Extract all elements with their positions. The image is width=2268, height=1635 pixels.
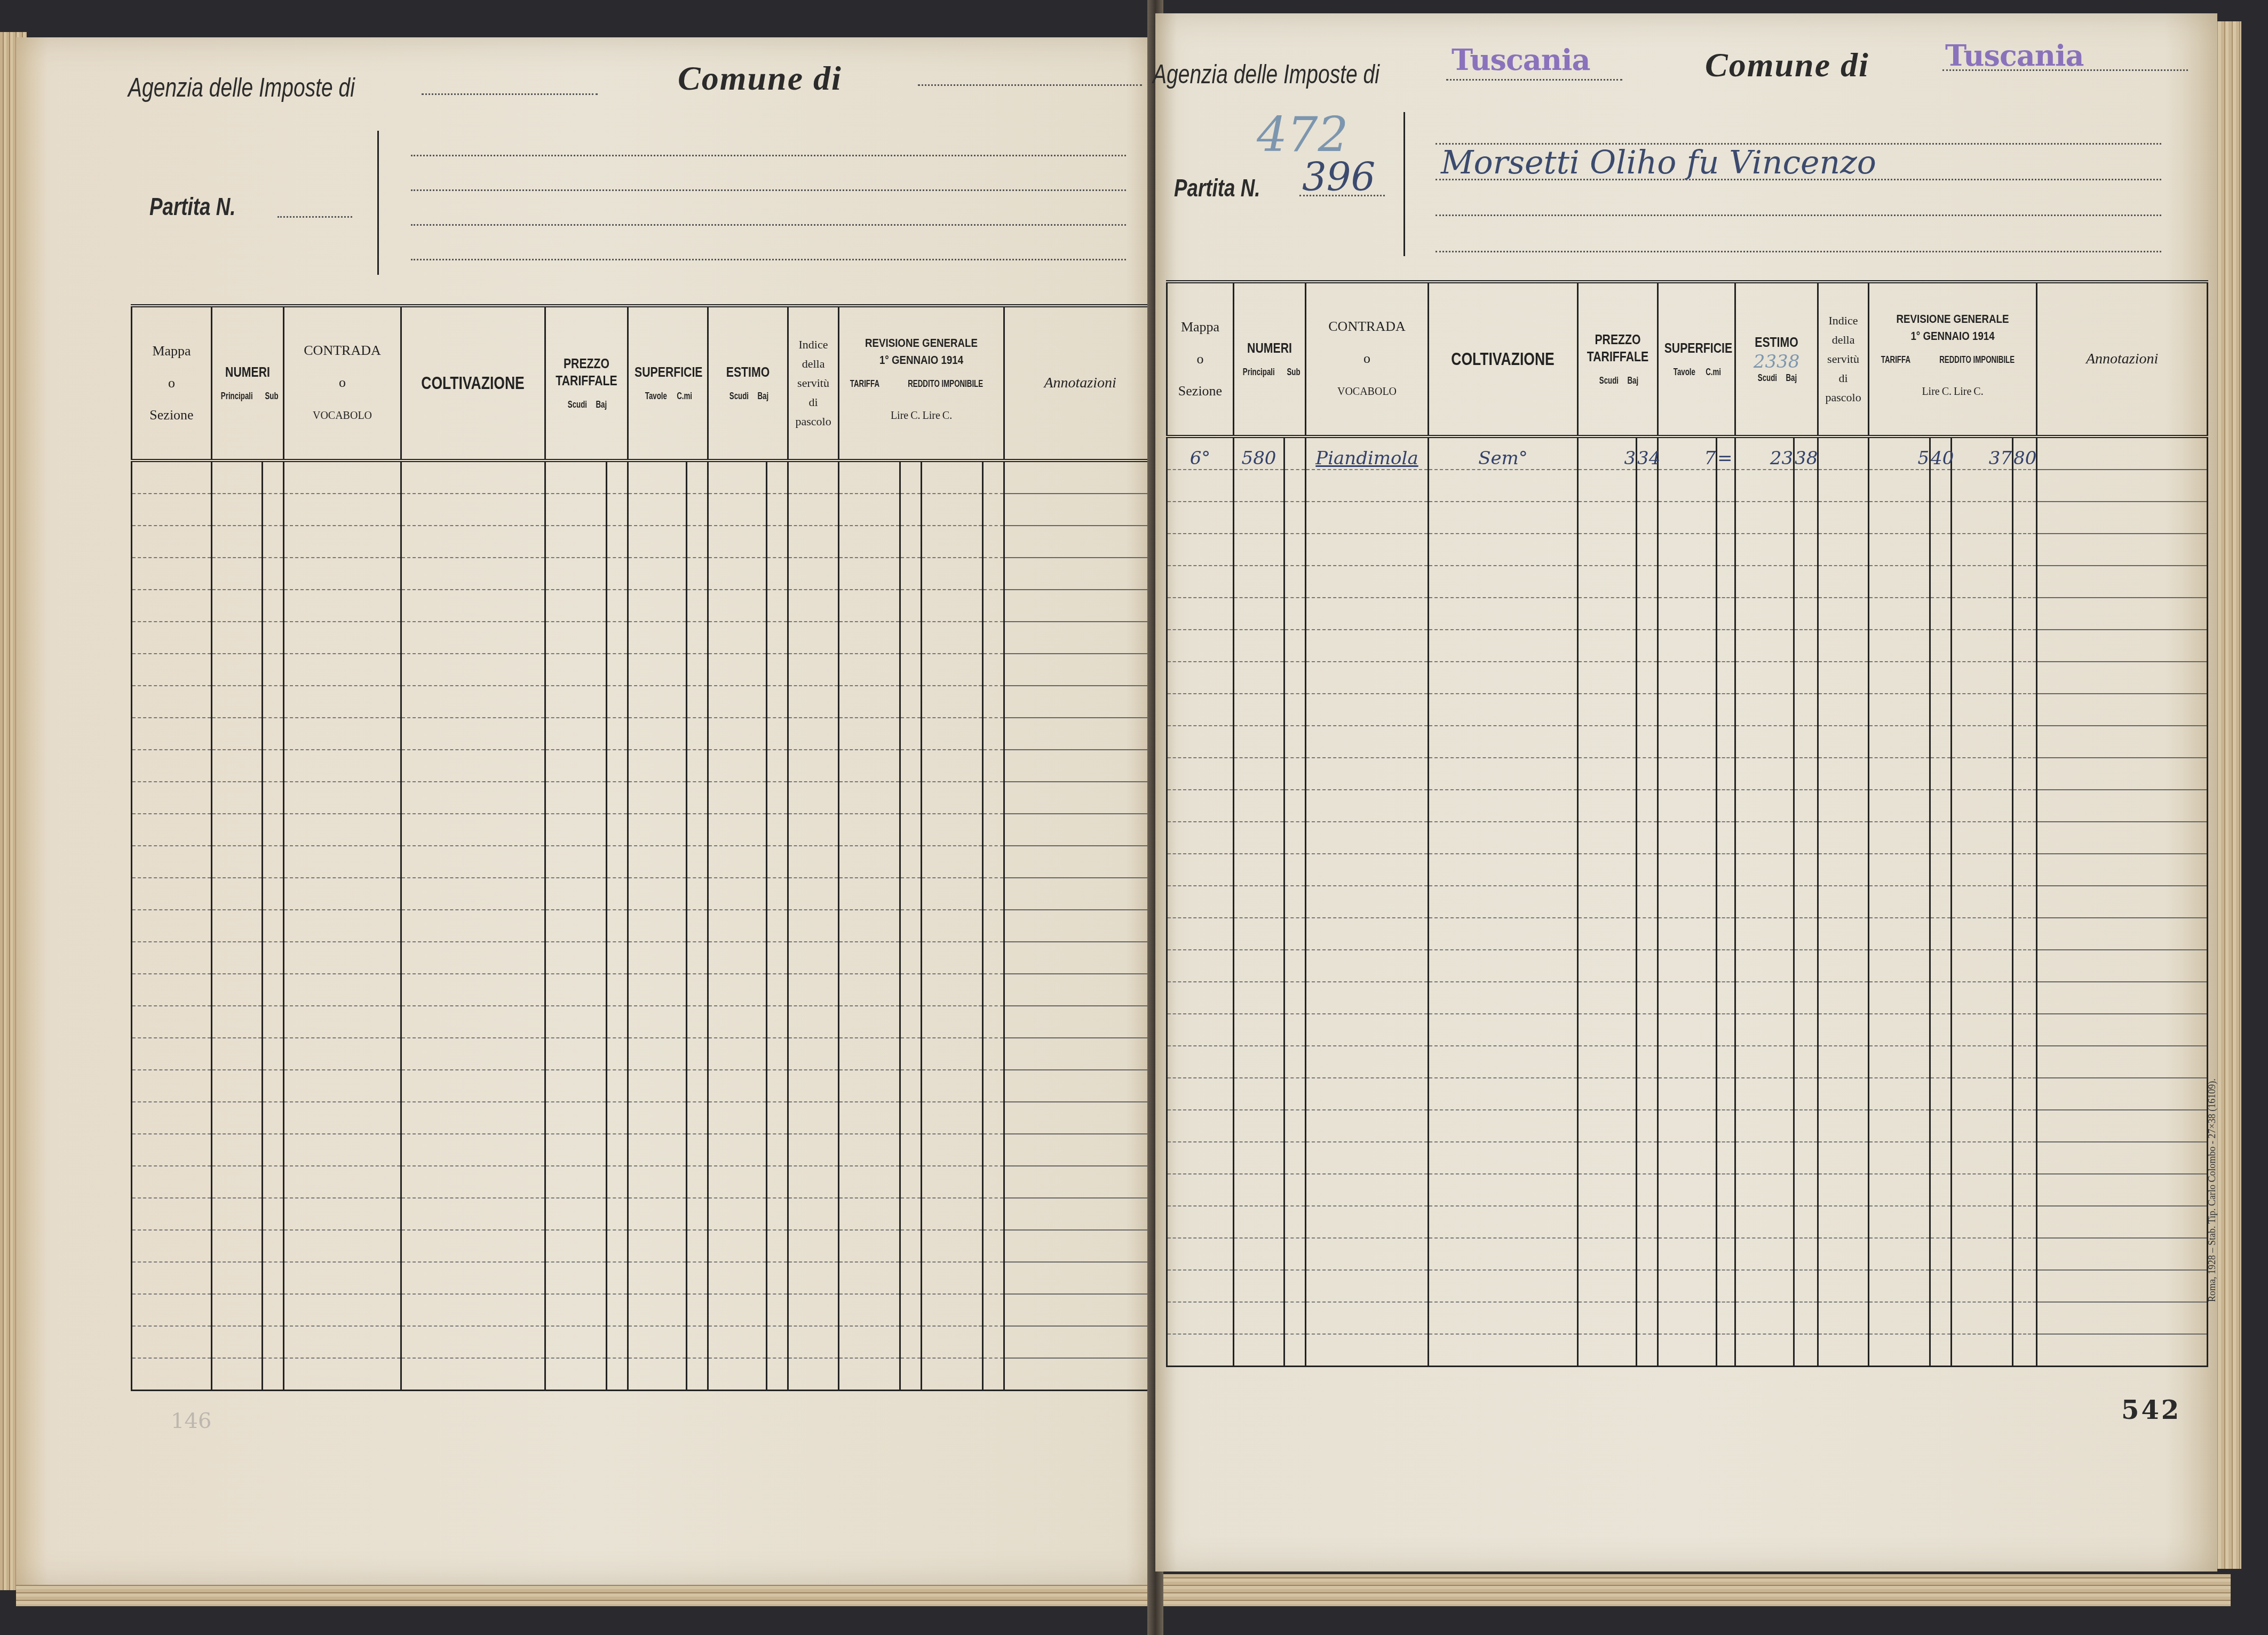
- cell-sub[interactable]: [263, 1070, 284, 1102]
- cell-estimo-baj[interactable]: [767, 1262, 788, 1294]
- cell-estimo-baj[interactable]: [767, 1326, 788, 1358]
- cell-principali[interactable]: [1234, 1046, 1284, 1078]
- cell-mappa[interactable]: [1167, 918, 1234, 950]
- cell-principali[interactable]: [212, 622, 263, 654]
- cell-estimo-scudi[interactable]: [708, 1038, 767, 1070]
- cell-prezzo-baj[interactable]: [1637, 1174, 1658, 1206]
- cell-cmi[interactable]: [687, 1262, 708, 1294]
- cell-tavole[interactable]: [1658, 1046, 1717, 1078]
- cell-tariffa-c[interactable]: [900, 750, 922, 782]
- cell-contrada[interactable]: [284, 974, 401, 1006]
- cell-cmi[interactable]: [687, 1358, 708, 1391]
- cell-tariffa-lire[interactable]: [839, 622, 900, 654]
- cell-coltivazione[interactable]: [401, 782, 545, 814]
- cell-cmi[interactable]: [687, 878, 708, 910]
- cell-principali[interactable]: [1234, 1270, 1284, 1302]
- cell-reddito-c[interactable]: [983, 750, 1004, 782]
- cell-principali[interactable]: [212, 1102, 263, 1134]
- cell-cmi[interactable]: [687, 1326, 708, 1358]
- cell-mappa[interactable]: [1167, 982, 1234, 1014]
- cell-coltivazione[interactable]: [1429, 1014, 1578, 1046]
- cell-estimo-scudi[interactable]: [1735, 534, 1794, 566]
- cell-tavole[interactable]: [1658, 534, 1717, 566]
- cell-prezzo-baj[interactable]: [1637, 822, 1658, 854]
- cell-prezzo-scudi[interactable]: [545, 878, 607, 910]
- cell-tariffa-c[interactable]: [1930, 1014, 1952, 1046]
- cell-reddito-lire[interactable]: [1952, 502, 2013, 534]
- cell-annotazioni[interactable]: [1004, 1262, 1156, 1294]
- cell-tavole[interactable]: [628, 1166, 687, 1198]
- cell-principali[interactable]: [1234, 1334, 1284, 1367]
- cell-tariffa-lire[interactable]: [1869, 854, 1930, 886]
- cell-annotazioni[interactable]: [2037, 1302, 2208, 1334]
- cell-sub[interactable]: [1284, 950, 1306, 982]
- cell-cmi[interactable]: [1717, 566, 1735, 598]
- cell-principali[interactable]: [1234, 566, 1284, 598]
- cell-coltivazione[interactable]: [1429, 1046, 1578, 1078]
- cell-estimo-scudi[interactable]: [1735, 1014, 1794, 1046]
- cell-tariffa-lire[interactable]: [839, 1166, 900, 1198]
- cell-coltivazione[interactable]: [1429, 1110, 1578, 1142]
- cell-tariffa-c[interactable]: [1930, 598, 1952, 630]
- cell-reddito-lire[interactable]: [922, 1166, 983, 1198]
- cell-prezzo-baj[interactable]: [1637, 1334, 1658, 1367]
- cell-tariffa-c[interactable]: [1930, 1302, 1952, 1334]
- cell-tariffa-lire[interactable]: [1869, 758, 1930, 790]
- cell-principali[interactable]: [1234, 1142, 1284, 1174]
- cell-prezzo-baj[interactable]: [607, 1006, 628, 1038]
- cell-sub[interactable]: [1284, 566, 1306, 598]
- cell-reddito-lire[interactable]: [922, 1326, 983, 1358]
- cell-tariffa-c[interactable]: [900, 1070, 922, 1102]
- cell-tavole[interactable]: [628, 814, 687, 846]
- cell-annotazioni[interactable]: [1004, 1006, 1156, 1038]
- cell-prezzo-scudi[interactable]: [545, 590, 607, 622]
- cell-estimo-scudi[interactable]: [708, 782, 767, 814]
- cell-annotazioni[interactable]: [2037, 436, 2208, 470]
- cell-prezzo-baj[interactable]: [607, 1358, 628, 1391]
- cell-estimo-scudi[interactable]: [1735, 982, 1794, 1014]
- cell-principali[interactable]: [212, 461, 263, 494]
- cell-coltivazione[interactable]: [1429, 886, 1578, 918]
- cell-sub[interactable]: [263, 526, 284, 558]
- cell-estimo-baj[interactable]: [767, 526, 788, 558]
- cell-contrada[interactable]: [1306, 1238, 1429, 1270]
- cell-cmi[interactable]: [687, 1134, 708, 1166]
- cell-tariffa-c[interactable]: [900, 622, 922, 654]
- cell-indice[interactable]: [788, 654, 839, 686]
- cell-reddito-c[interactable]: [983, 1070, 1004, 1102]
- cell-sub[interactable]: [263, 494, 284, 526]
- cell-prezzo-scudi[interactable]: [545, 494, 607, 526]
- cell-prezzo-scudi[interactable]: [1578, 822, 1637, 854]
- cell-contrada[interactable]: [1306, 1334, 1429, 1367]
- cell-mappa[interactable]: [132, 461, 212, 494]
- cell-annotazioni[interactable]: [1004, 878, 1156, 910]
- cell-tariffa-lire[interactable]: [1869, 982, 1930, 1014]
- cell-tavole[interactable]: [628, 910, 687, 942]
- cell-mappa[interactable]: [132, 1102, 212, 1134]
- cell-tariffa-lire[interactable]: [1869, 1334, 1930, 1367]
- cell-tavole[interactable]: [1658, 630, 1717, 662]
- cell-contrada[interactable]: [284, 1134, 401, 1166]
- cell-sub[interactable]: [263, 1134, 284, 1166]
- cell-estimo-baj[interactable]: [767, 1070, 788, 1102]
- cell-prezzo-scudi[interactable]: [545, 654, 607, 686]
- cell-principali[interactable]: [1234, 886, 1284, 918]
- cell-contrada[interactable]: [1306, 758, 1429, 790]
- cell-tariffa-c[interactable]: [1930, 502, 1952, 534]
- cell-estimo-scudi[interactable]: [708, 686, 767, 718]
- cell-estimo-baj[interactable]: [767, 494, 788, 526]
- cell-contrada[interactable]: [284, 782, 401, 814]
- cell-prezzo-scudi[interactable]: [1578, 982, 1637, 1014]
- cell-annotazioni[interactable]: [1004, 1070, 1156, 1102]
- cell-tariffa-lire[interactable]: [1869, 598, 1930, 630]
- cell-coltivazione[interactable]: [1429, 1334, 1578, 1367]
- cell-mappa[interactable]: [1167, 470, 1234, 502]
- cell-sub[interactable]: [263, 878, 284, 910]
- cell-sub[interactable]: [1284, 436, 1306, 470]
- cell-annotazioni[interactable]: [2037, 630, 2208, 662]
- cell-coltivazione[interactable]: [1429, 790, 1578, 822]
- cell-contrada[interactable]: [284, 622, 401, 654]
- cell-annotazioni[interactable]: [2037, 1238, 2208, 1270]
- cell-mappa[interactable]: [132, 526, 212, 558]
- cell-cmi[interactable]: [1717, 950, 1735, 982]
- left-owner-line-3[interactable]: [411, 224, 1126, 226]
- cell-estimo-baj[interactable]: [767, 1102, 788, 1134]
- cell-estimo-baj[interactable]: [1794, 1206, 1818, 1238]
- cell-sub[interactable]: [263, 1294, 284, 1326]
- cell-annotazioni[interactable]: [1004, 494, 1156, 526]
- cell-mappa[interactable]: [1167, 502, 1234, 534]
- cell-estimo-baj[interactable]: [1794, 1078, 1818, 1110]
- cell-mappa[interactable]: [1167, 758, 1234, 790]
- cell-principali[interactable]: [1234, 758, 1284, 790]
- cell-cmi[interactable]: [687, 910, 708, 942]
- cell-estimo-baj[interactable]: [767, 718, 788, 750]
- cell-contrada[interactable]: [284, 1198, 401, 1230]
- cell-mappa[interactable]: [1167, 1270, 1234, 1302]
- cell-principali[interactable]: [1234, 470, 1284, 502]
- cell-principali[interactable]: [212, 686, 263, 718]
- cell-mappa[interactable]: [1167, 1142, 1234, 1174]
- cell-prezzo-baj[interactable]: [1637, 1078, 1658, 1110]
- cell-contrada[interactable]: [1306, 470, 1429, 502]
- cell-cmi[interactable]: [687, 1198, 708, 1230]
- cell-contrada[interactable]: [284, 1262, 401, 1294]
- cell-prezzo-scudi[interactable]: [1578, 854, 1637, 886]
- cell-contrada[interactable]: [1306, 1046, 1429, 1078]
- cell-estimo-scudi[interactable]: [1735, 598, 1794, 630]
- cell-reddito-c[interactable]: [2013, 1238, 2037, 1270]
- cell-estimo-scudi[interactable]: [708, 654, 767, 686]
- cell-estimo-scudi[interactable]: [708, 846, 767, 878]
- cell-tavole[interactable]: [628, 1326, 687, 1358]
- cell-sub[interactable]: [1284, 1334, 1306, 1367]
- cell-coltivazione[interactable]: [1429, 662, 1578, 694]
- cell-indice[interactable]: [788, 942, 839, 974]
- cell-prezzo-scudi[interactable]: [545, 1006, 607, 1038]
- cell-indice[interactable]: [788, 910, 839, 942]
- cell-annotazioni[interactable]: [2037, 1206, 2208, 1238]
- cell-reddito-c[interactable]: [983, 590, 1004, 622]
- cell-cmi[interactable]: [1717, 758, 1735, 790]
- cell-tariffa-c[interactable]: [1930, 694, 1952, 726]
- cell-tariffa-lire[interactable]: [1869, 918, 1930, 950]
- cell-contrada[interactable]: [1306, 630, 1429, 662]
- cell-prezzo-scudi[interactable]: [1578, 726, 1637, 758]
- cell-coltivazione[interactable]: [1429, 822, 1578, 854]
- cell-annotazioni[interactable]: [1004, 686, 1156, 718]
- cell-annotazioni[interactable]: [1004, 1166, 1156, 1198]
- cell-prezzo-scudi[interactable]: [1578, 886, 1637, 918]
- cell-tariffa-c[interactable]: [900, 526, 922, 558]
- cell-tariffa-c[interactable]: [1930, 1142, 1952, 1174]
- cell-prezzo-baj[interactable]: [1637, 758, 1658, 790]
- cell-indice[interactable]: [1818, 758, 1869, 790]
- cell-mappa[interactable]: [1167, 726, 1234, 758]
- cell-tavole[interactable]: [628, 878, 687, 910]
- cell-indice[interactable]: [1818, 918, 1869, 950]
- cell-annotazioni[interactable]: [2037, 1270, 2208, 1302]
- cell-prezzo-scudi[interactable]: [545, 1134, 607, 1166]
- cell-principali[interactable]: [212, 1326, 263, 1358]
- cell-tariffa-c[interactable]: [900, 782, 922, 814]
- cell-coltivazione[interactable]: [401, 846, 545, 878]
- cell-tavole[interactable]: [628, 1198, 687, 1230]
- cell-mappa[interactable]: [132, 974, 212, 1006]
- cell-tavole[interactable]: [1658, 758, 1717, 790]
- cell-principali[interactable]: [1234, 662, 1284, 694]
- cell-annotazioni[interactable]: [1004, 461, 1156, 494]
- cell-tariffa-lire[interactable]: [839, 526, 900, 558]
- cell-tariffa-c[interactable]: [900, 942, 922, 974]
- cell-tariffa-c[interactable]: [1930, 566, 1952, 598]
- cell-annotazioni[interactable]: [2037, 1334, 2208, 1367]
- cell-mappa[interactable]: [132, 814, 212, 846]
- cell-cmi[interactable]: [687, 1230, 708, 1262]
- cell-contrada[interactable]: [1306, 694, 1429, 726]
- cell-reddito-lire[interactable]: [922, 718, 983, 750]
- cell-tavole[interactable]: [628, 1134, 687, 1166]
- cell-estimo-baj[interactable]: [767, 1006, 788, 1038]
- cell-estimo-scudi[interactable]: [1735, 470, 1794, 502]
- cell-principali[interactable]: [1234, 790, 1284, 822]
- cell-prezzo-scudi[interactable]: [545, 1198, 607, 1230]
- cell-tavole[interactable]: [628, 461, 687, 494]
- cell-cmi[interactable]: [687, 686, 708, 718]
- cell-prezzo-baj[interactable]: [1637, 1302, 1658, 1334]
- cell-tariffa-lire[interactable]: [839, 878, 900, 910]
- cell-coltivazione[interactable]: [401, 1102, 545, 1134]
- cell-estimo-baj[interactable]: [1794, 1014, 1818, 1046]
- cell-cmi[interactable]: [687, 654, 708, 686]
- cell-tariffa-c[interactable]: [900, 494, 922, 526]
- cell-cmi[interactable]: [687, 750, 708, 782]
- cell-prezzo-scudi[interactable]: [1578, 790, 1637, 822]
- cell-reddito-c[interactable]: [983, 1294, 1004, 1326]
- cell-mappa[interactable]: [132, 910, 212, 942]
- cell-reddito-lire[interactable]: [1952, 822, 2013, 854]
- cell-reddito-c[interactable]: [983, 686, 1004, 718]
- cell-estimo-baj[interactable]: [1794, 1334, 1818, 1367]
- cell-reddito-lire[interactable]: [1952, 1014, 2013, 1046]
- cell-reddito-c[interactable]: [983, 526, 1004, 558]
- cell-annotazioni[interactable]: [1004, 1294, 1156, 1326]
- cell-contrada[interactable]: [1306, 886, 1429, 918]
- cell-contrada[interactable]: [284, 1102, 401, 1134]
- cell-tariffa-c[interactable]: [900, 814, 922, 846]
- cell-prezzo-baj[interactable]: [1637, 726, 1658, 758]
- cell-reddito-c[interactable]: [2013, 822, 2037, 854]
- cell-cmi[interactable]: [687, 590, 708, 622]
- cell-prezzo-scudi[interactable]: [545, 782, 607, 814]
- cell-contrada[interactable]: [1306, 790, 1429, 822]
- cell-tariffa-lire[interactable]: [1869, 534, 1930, 566]
- cell-prezzo-baj[interactable]: [1637, 662, 1658, 694]
- cell-indice[interactable]: [1818, 790, 1869, 822]
- cell-tavole[interactable]: [628, 750, 687, 782]
- cell-mappa[interactable]: [132, 1294, 212, 1326]
- cell-contrada[interactable]: [284, 494, 401, 526]
- cell-annotazioni[interactable]: [1004, 622, 1156, 654]
- cell-reddito-c[interactable]: [2013, 1174, 2037, 1206]
- cell-annotazioni[interactable]: [2037, 1110, 2208, 1142]
- cell-tavole[interactable]: [628, 494, 687, 526]
- cell-estimo-scudi[interactable]: 23: [1735, 436, 1794, 470]
- cell-reddito-c[interactable]: [2013, 1302, 2037, 1334]
- cell-estimo-baj[interactable]: [767, 782, 788, 814]
- cell-tariffa-lire[interactable]: [1869, 1174, 1930, 1206]
- cell-principali[interactable]: [212, 1198, 263, 1230]
- cell-sub[interactable]: [1284, 822, 1306, 854]
- cell-principali[interactable]: [1234, 1238, 1284, 1270]
- cell-prezzo-scudi[interactable]: [1578, 1046, 1637, 1078]
- cell-tariffa-c[interactable]: [1930, 1046, 1952, 1078]
- cell-reddito-lire[interactable]: [922, 1038, 983, 1070]
- cell-indice[interactable]: [788, 814, 839, 846]
- cell-reddito-c[interactable]: [2013, 950, 2037, 982]
- cell-sub[interactable]: [263, 686, 284, 718]
- cell-tariffa-c[interactable]: [900, 590, 922, 622]
- cell-prezzo-scudi[interactable]: [545, 814, 607, 846]
- cell-estimo-scudi[interactable]: [708, 558, 767, 590]
- cell-tariffa-lire[interactable]: [839, 1102, 900, 1134]
- cell-contrada[interactable]: [1306, 502, 1429, 534]
- cell-mappa[interactable]: [1167, 1014, 1234, 1046]
- cell-cmi[interactable]: [1717, 694, 1735, 726]
- cell-tariffa-lire[interactable]: [1869, 1302, 1930, 1334]
- cell-contrada[interactable]: [1306, 982, 1429, 1014]
- cell-reddito-lire[interactable]: [922, 526, 983, 558]
- cell-prezzo-baj[interactable]: 34: [1637, 436, 1658, 470]
- cell-principali[interactable]: [212, 1358, 263, 1391]
- cell-sub[interactable]: [263, 558, 284, 590]
- cell-principali[interactable]: [1234, 854, 1284, 886]
- cell-principali[interactable]: [212, 942, 263, 974]
- cell-annotazioni[interactable]: [2037, 1046, 2208, 1078]
- cell-reddito-lire[interactable]: [1952, 1142, 2013, 1174]
- cell-coltivazione[interactable]: [401, 1262, 545, 1294]
- cell-mappa[interactable]: [132, 622, 212, 654]
- cell-annotazioni[interactable]: [1004, 910, 1156, 942]
- cell-tariffa-lire[interactable]: [1869, 1078, 1930, 1110]
- cell-reddito-lire[interactable]: [922, 622, 983, 654]
- cell-prezzo-scudi[interactable]: [1578, 694, 1637, 726]
- cell-prezzo-scudi[interactable]: [1578, 1270, 1637, 1302]
- cell-estimo-baj[interactable]: [1794, 1270, 1818, 1302]
- cell-cmi[interactable]: =: [1717, 436, 1735, 470]
- cell-tavole[interactable]: [628, 846, 687, 878]
- cell-reddito-lire[interactable]: [1952, 950, 2013, 982]
- cell-principali[interactable]: [1234, 1110, 1284, 1142]
- cell-indice[interactable]: [1818, 822, 1869, 854]
- cell-estimo-scudi[interactable]: [708, 1326, 767, 1358]
- cell-prezzo-baj[interactable]: [607, 718, 628, 750]
- cell-contrada[interactable]: [1306, 1174, 1429, 1206]
- cell-tariffa-c[interactable]: [900, 1134, 922, 1166]
- cell-tariffa-c[interactable]: [1930, 1078, 1952, 1110]
- cell-tariffa-c[interactable]: [900, 878, 922, 910]
- cell-tavole[interactable]: [628, 558, 687, 590]
- cell-prezzo-scudi[interactable]: [1578, 502, 1637, 534]
- cell-estimo-baj[interactable]: [1794, 630, 1818, 662]
- cell-tariffa-lire[interactable]: [1869, 1110, 1930, 1142]
- cell-prezzo-scudi[interactable]: [545, 718, 607, 750]
- cell-reddito-lire[interactable]: [1952, 1110, 2013, 1142]
- cell-tariffa-lire[interactable]: [1869, 950, 1930, 982]
- cell-reddito-lire[interactable]: [922, 654, 983, 686]
- cell-prezzo-scudi[interactable]: [545, 558, 607, 590]
- cell-estimo-baj[interactable]: [767, 1294, 788, 1326]
- cell-tavole[interactable]: [1658, 918, 1717, 950]
- cell-tavole[interactable]: [1658, 1014, 1717, 1046]
- cell-prezzo-baj[interactable]: [607, 558, 628, 590]
- cell-prezzo-scudi[interactable]: [1578, 1110, 1637, 1142]
- cell-prezzo-scudi[interactable]: [545, 1230, 607, 1262]
- cell-prezzo-baj[interactable]: [1637, 1110, 1658, 1142]
- cell-annotazioni[interactable]: [1004, 750, 1156, 782]
- cell-tariffa-lire[interactable]: [839, 782, 900, 814]
- cell-annotazioni[interactable]: [1004, 526, 1156, 558]
- cell-sub[interactable]: [263, 590, 284, 622]
- left-comune-field[interactable]: [918, 84, 1142, 86]
- cell-estimo-baj[interactable]: [1794, 662, 1818, 694]
- cell-sub[interactable]: [1284, 790, 1306, 822]
- cell-principali[interactable]: [212, 846, 263, 878]
- cell-mappa[interactable]: [132, 1230, 212, 1262]
- cell-tavole[interactable]: [628, 782, 687, 814]
- cell-indice[interactable]: [788, 494, 839, 526]
- cell-reddito-lire[interactable]: [922, 558, 983, 590]
- cell-mappa[interactable]: [1167, 1078, 1234, 1110]
- cell-coltivazione[interactable]: [401, 590, 545, 622]
- cell-tavole[interactable]: [628, 1038, 687, 1070]
- cell-cmi[interactable]: [1717, 1014, 1735, 1046]
- cell-cmi[interactable]: [1717, 1110, 1735, 1142]
- cell-reddito-c[interactable]: [2013, 1142, 2037, 1174]
- cell-prezzo-scudi[interactable]: [545, 1038, 607, 1070]
- cell-cmi[interactable]: [1717, 1046, 1735, 1078]
- cell-estimo-baj[interactable]: [767, 654, 788, 686]
- left-owner-line-2[interactable]: [411, 189, 1126, 191]
- cell-cmi[interactable]: [1717, 534, 1735, 566]
- cell-prezzo-scudi[interactable]: [1578, 534, 1637, 566]
- cell-estimo-scudi[interactable]: [708, 942, 767, 974]
- cell-coltivazione[interactable]: [1429, 534, 1578, 566]
